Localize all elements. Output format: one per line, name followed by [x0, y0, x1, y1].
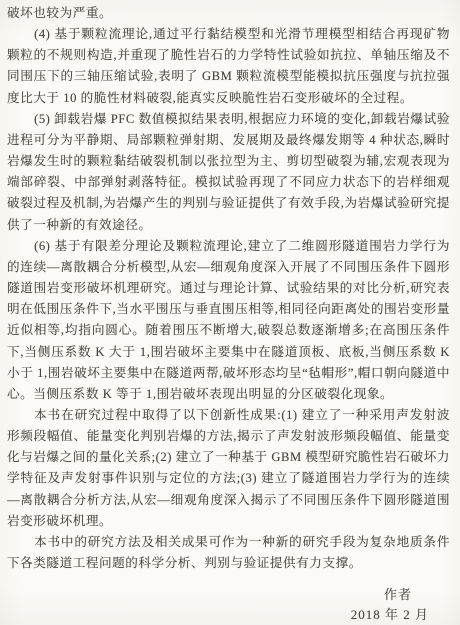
body-paragraph-continuation: 破坏也较为严重。	[7, 3, 450, 24]
signature-date: 2018 年 2 月	[7, 605, 429, 625]
body-paragraph-item-6: (6) 基于有限差分理论及颗粒流理论,建立了二维圆形隧道围岩力学行为的连续—离散…	[7, 236, 450, 405]
body-paragraph-item-4: (4) 基于颗粒流理论,通过平行黏结模型和光滑节理模型相结合再现矿物颗粒的不规则…	[7, 24, 450, 109]
body-paragraph-closing: 本书中的研究方法及相关成果可作为一种新的研究手段为复杂地质条件下各类隧道工程问题…	[7, 532, 450, 574]
signature-author: 作者	[7, 585, 429, 605]
body-paragraph-innovations: 本书在研究过程中取得了以下创新性成果:(1) 建立了一种采用声发射波形频段幅值、…	[7, 405, 450, 532]
signature-block: 作者 2018 年 2 月	[7, 585, 450, 624]
scanned-page: 破坏也较为严重。 (4) 基于颗粒流理论,通过平行黏结模型和光滑节理模型相结合再…	[0, 0, 460, 625]
body-paragraph-item-5: (5) 卸载岩爆 PFC 数值模拟结果表明,根据应力环境的变化,卸载岩爆试验进程…	[7, 109, 450, 236]
page-body: 破坏也较为严重。 (4) 基于颗粒流理论,通过平行黏结模型和光滑节理模型相结合再…	[7, 3, 450, 574]
